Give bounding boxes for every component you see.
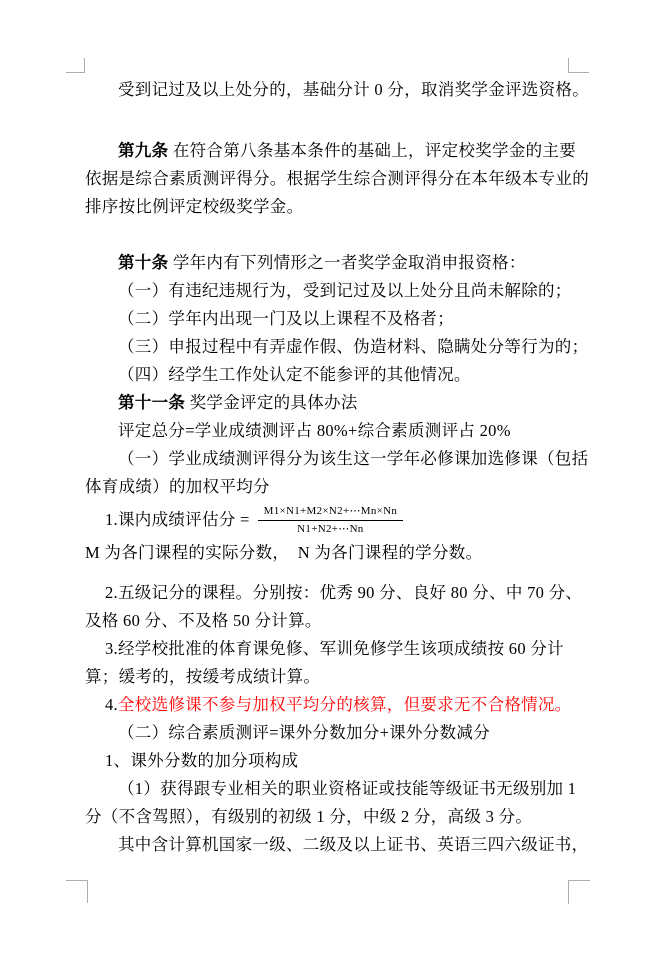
margin-crop-mark-top-left	[66, 58, 85, 73]
text-line: 受到记过及以上处分的，基础分计 0 分，取消奖学金评选资格。	[85, 76, 595, 104]
text-segment: 2.五级记分的课程。分别按：优秀 90 分、良好 80 分、中 70 分、	[105, 583, 582, 602]
text-segment: （一）有违纪违规行为，受到记过及以上处分且尚未解除的；	[118, 281, 572, 300]
fraction-denominator: N1+N2+⋯Nn	[258, 521, 404, 536]
text-line: 评定总分=学业成绩测评占 80%+综合素质测评占 20%	[85, 417, 595, 445]
text-segment: 体育成绩）的加权平均分	[85, 477, 270, 496]
text-line: 依据是综合素质测评得分。根据学生综合测评得分在本年级本专业的	[85, 165, 595, 193]
text-segment: 全校选修课不参与加权平均分的核算，但要求无不合格情况。	[118, 695, 572, 714]
margin-crop-mark-bottom-left	[66, 880, 88, 903]
text-segment: 3.经学校批准的体育课免修、军训免修学生该项成绩按 60 分计	[105, 639, 564, 658]
text-line: （四）经学生工作处认定不能参评的其他情况。	[85, 361, 595, 389]
text-line: 4.全校选修课不参与加权平均分的核算，但要求无不合格情况。	[85, 691, 595, 719]
text-segment: 依据是综合素质测评得分。根据学生综合测评得分在本年级本专业的	[85, 169, 589, 188]
text-segment: 学年内有下列情形之一者奖学金取消申报资格：	[168, 253, 525, 272]
text-segment: （二）综合素质测评=课外分数加分+课外分数减分	[118, 723, 490, 742]
text-line: 体育成绩）的加权平均分	[85, 473, 595, 501]
text-line: 1、课外分数的加分项构成	[85, 747, 595, 775]
article-heading: 第十一条	[118, 393, 185, 412]
text-segment: （一）学业成绩测评得分为该生这一学年必修课加选修课（包括	[118, 449, 588, 468]
text-line: 算；缓考的，按缓考成绩计算。	[85, 663, 595, 691]
formula-prefix: 1.课内成绩评估分 =	[105, 506, 250, 534]
margin-crop-mark-top-right	[568, 58, 589, 73]
document-body: 受到记过及以上处分的，基础分计 0 分，取消奖学金评选资格。第九条 在符合第八条…	[85, 76, 595, 859]
text-segment: 算；缓考的，按缓考成绩计算。	[85, 667, 320, 686]
text-segment: 其中含计算机国家一级、二级及以上证书、英语三四六级证书，	[118, 835, 588, 854]
article-heading: 第九条	[118, 141, 168, 160]
text-line: （一）学业成绩测评得分为该生这一学年必修课加选修课（包括	[85, 445, 595, 473]
text-segment: 评定总分=学业成绩测评占 80%+综合素质测评占 20%	[118, 421, 511, 440]
text-line: （二）学年内出现一门及以上课程不及格者；	[85, 305, 595, 333]
text-line: 及格 60 分、不及格 50 分计算。	[85, 607, 595, 635]
text-segment: 4.	[105, 695, 118, 714]
text-segment: （1）获得跟专业相关的职业资格证或技能等级证书无级别加 1	[118, 779, 576, 798]
text-line: 第十条 学年内有下列情形之一者奖学金取消申报资格：	[85, 249, 595, 277]
text-line: （二）综合素质测评=课外分数加分+课外分数减分	[85, 719, 595, 747]
text-segment: 受到记过及以上处分的，基础分计 0 分，取消奖学金评选资格。	[118, 80, 589, 99]
text-line: 2.五级记分的课程。分别按：优秀 90 分、良好 80 分、中 70 分、	[85, 579, 595, 607]
text-line: （1）获得跟专业相关的职业资格证或技能等级证书无级别加 1	[85, 775, 595, 803]
text-segment: 1、课外分数的加分项构成	[105, 751, 298, 770]
text-segment: 奖学金评定的具体办法	[185, 393, 357, 412]
text-line: M 为各门课程的实际分数， N 为各门课程的学分数。	[85, 539, 595, 567]
document-page: 受到记过及以上处分的，基础分计 0 分，取消奖学金评选资格。第九条 在符合第八条…	[0, 0, 664, 954]
formula-line: 1.课内成绩评估分 =M1×N1+M2×N2+⋯Mn×NnN1+N2+⋯Nn	[85, 501, 595, 539]
text-line: 分（不含驾照），有级别的初级 1 分，中级 2 分，高级 3 分。	[85, 803, 595, 831]
margin-crop-mark-bottom-right	[568, 880, 590, 904]
text-line: （三）申报过程中有弄虚作假、伪造材料、隐瞒处分等行为的；	[85, 333, 595, 361]
text-line: 其中含计算机国家一级、二级及以上证书、英语三四六级证书，	[85, 831, 595, 859]
text-segment: 分（不含驾照），有级别的初级 1 分，中级 2 分，高级 3 分。	[85, 807, 532, 826]
fraction: M1×N1+M2×N2+⋯Mn×NnN1+N2+⋯Nn	[258, 504, 404, 536]
text-line: 第九条 在符合第八条基本条件的基础上，评定校奖学金的主要	[85, 137, 595, 165]
text-line: 第十一条 奖学金评定的具体办法	[85, 389, 595, 417]
text-line: 3.经学校批准的体育课免修、军训免修学生该项成绩按 60 分计	[85, 635, 595, 663]
text-segment: （三）申报过程中有弄虚作假、伪造材料、隐瞒处分等行为的；	[118, 337, 588, 356]
text-segment: （二）学年内出现一门及以上课程不及格者；	[118, 309, 454, 328]
text-segment: 及格 60 分、不及格 50 分计算。	[85, 611, 322, 630]
text-segment: 排序按比例评定校级奖学金。	[85, 197, 303, 216]
fraction-numerator: M1×N1+M2×N2+⋯Mn×Nn	[258, 504, 404, 520]
text-segment: 在符合第八条基本条件的基础上，评定校奖学金的主要	[168, 141, 576, 160]
text-segment: （四）经学生工作处认定不能参评的其他情况。	[118, 365, 471, 384]
text-line: （一）有违纪违规行为，受到记过及以上处分且尚未解除的；	[85, 277, 595, 305]
text-line: 排序按比例评定校级奖学金。	[85, 193, 595, 221]
text-segment: M 为各门课程的实际分数， N 为各门课程的学分数。	[85, 543, 482, 562]
article-heading: 第十条	[118, 253, 168, 272]
